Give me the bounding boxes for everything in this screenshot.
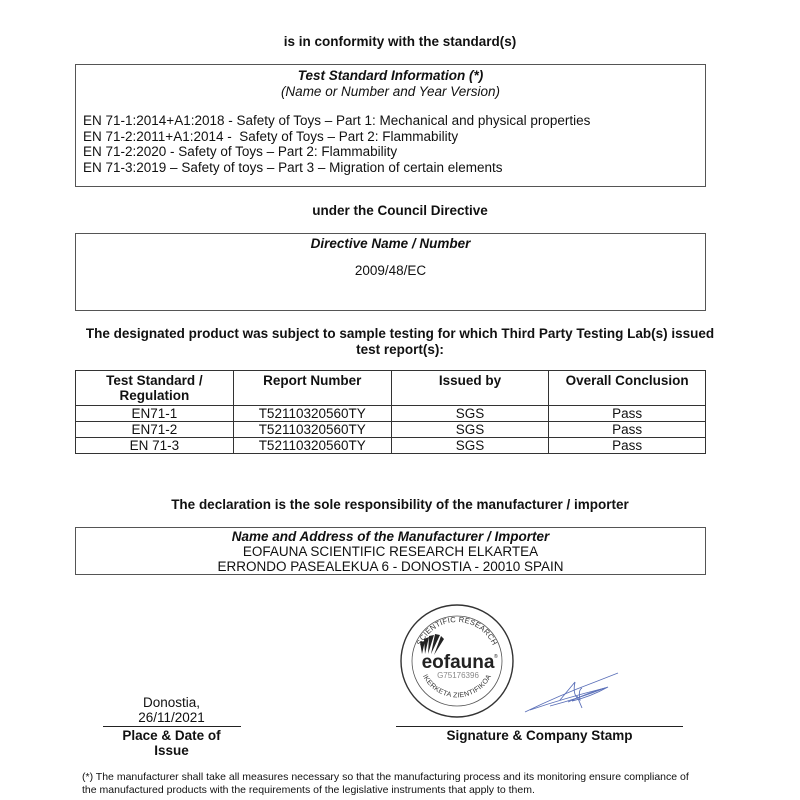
issue-place: Donostia,: [103, 695, 240, 710]
company-stamp: SCIENTIFIC RESEARCH IKERKETA ZIENTIFIKOA…: [398, 602, 516, 720]
testing-heading: The designated product was subject to sa…: [0, 326, 800, 358]
directive-heading: under the Council Directive: [0, 203, 800, 218]
handwritten-signature: [520, 670, 620, 720]
standard-line: EN 71-2:2020 - Safety of Toys – Part 2: …: [83, 144, 705, 160]
footnote-line2: the manufactured products with the requi…: [82, 784, 722, 797]
cell-issued-by: SGS: [391, 438, 549, 454]
table-row: EN71-2 T52110320560TY SGS Pass: [76, 422, 706, 438]
svg-text:eofauna: eofauna: [422, 652, 495, 673]
manufacturer-title: Name and Address of the Manufacturer / I…: [76, 529, 705, 544]
responsibility-heading: The declaration is the sole responsibili…: [0, 497, 800, 512]
testing-heading-line1: The designated product was subject to sa…: [0, 326, 800, 342]
test-reports-table: Test Standard / Regulation Report Number…: [75, 370, 706, 454]
column-header-report-number: Report Number: [233, 371, 391, 406]
cell-report-number: T52110320560TY: [233, 438, 391, 454]
directive-box: Directive Name / Number 2009/48/EC: [75, 233, 706, 311]
manufacturer-name: EOFAUNA SCIENTIFIC RESEARCH ELKARTEA: [76, 544, 705, 559]
signature-divider: [396, 726, 683, 727]
standard-line: EN 71-2:2011+A1:2014 - Safety of Toys – …: [83, 129, 705, 145]
cell-report-number: T52110320560TY: [233, 422, 391, 438]
testing-heading-line2: test report(s):: [0, 342, 800, 358]
cell-standard: EN 71-3: [76, 438, 234, 454]
conformity-heading: is in conformity with the standard(s): [0, 34, 800, 49]
column-header-issued-by: Issued by: [391, 371, 549, 406]
directive-number: 2009/48/EC: [76, 263, 705, 278]
manufacturer-box: Name and Address of the Manufacturer / I…: [75, 527, 706, 575]
cell-issued-by: SGS: [391, 406, 549, 422]
issue-date: 26/11/2021: [103, 710, 240, 725]
svg-text:®: ®: [494, 653, 498, 660]
standard-line: EN 71-3:2019 – Safety of toys – Part 3 –…: [83, 160, 705, 176]
standards-list: EN 71-1:2014+A1:2018 - Safety of Toys – …: [76, 113, 705, 175]
table-row: EN71-1 T52110320560TY SGS Pass: [76, 406, 706, 422]
footnote: (*) The manufacturer shall take all meas…: [82, 771, 722, 796]
standard-line: EN 71-1:2014+A1:2018 - Safety of Toys – …: [83, 113, 705, 129]
cell-report-number: T52110320560TY: [233, 406, 391, 422]
cell-conclusion: Pass: [549, 438, 706, 454]
cell-conclusion: Pass: [549, 406, 706, 422]
table-row: EN 71-3 T52110320560TY SGS Pass: [76, 438, 706, 454]
place-date-label-line2: Issue: [103, 743, 240, 758]
manufacturer-address: ERRONDO PASEALEKUA 6 - DONOSTIA - 20010 …: [76, 559, 705, 574]
place-date-label-line1: Place & Date of: [103, 728, 240, 743]
directive-title: Directive Name / Number: [76, 236, 705, 251]
issue-place-date: Donostia, 26/11/2021: [103, 695, 240, 725]
signature-label: Signature & Company Stamp: [396, 728, 683, 743]
table-header-row: Test Standard / Regulation Report Number…: [76, 371, 706, 406]
cell-standard: EN71-1: [76, 406, 234, 422]
test-standard-box: Test Standard Information (*) (Name or N…: [75, 64, 706, 187]
place-date-divider: [103, 726, 241, 727]
svg-text:G75176396: G75176396: [437, 671, 479, 680]
cell-conclusion: Pass: [549, 422, 706, 438]
column-header-conclusion: Overall Conclusion: [549, 371, 706, 406]
column-header-standard: Test Standard / Regulation: [76, 371, 234, 406]
test-standard-subtitle: (Name or Number and Year Version): [76, 84, 705, 99]
cell-standard: EN71-2: [76, 422, 234, 438]
footnote-line1: (*) The manufacturer shall take all meas…: [82, 771, 722, 784]
place-date-label: Place & Date of Issue: [103, 728, 240, 758]
test-standard-title: Test Standard Information (*): [76, 68, 705, 83]
cell-issued-by: SGS: [391, 422, 549, 438]
